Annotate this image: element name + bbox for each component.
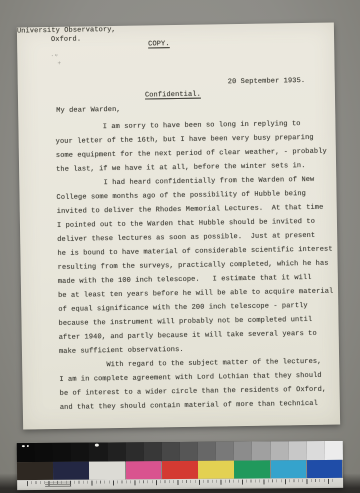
grayscale-step (107, 442, 125, 461)
color-patch-cyan (270, 460, 306, 478)
color-patch-magenta (126, 461, 162, 479)
grayscale-step (53, 443, 71, 462)
letter-body: I am sorry to have been so long in reply… (55, 117, 335, 415)
grayscale-step (162, 442, 180, 461)
grayscale-step (125, 442, 143, 461)
grayscale-step (216, 442, 234, 461)
archival-scan-photo: COPY. University Observatory, Oxford. 20… (0, 0, 360, 493)
grayscale-step (71, 443, 89, 462)
grayscale-strip (17, 441, 343, 462)
dust-speck (95, 444, 99, 447)
grayscale-step (252, 441, 270, 460)
dust-speck (27, 445, 29, 447)
grayscale-step (180, 442, 198, 461)
salutation: My dear Warden, (56, 106, 121, 115)
ruler-fine-print (45, 482, 71, 487)
letter-paragraph: With regard to the subject matter of the… (59, 355, 335, 415)
letter-paragraph: I had heard confidentially from the Ward… (56, 173, 334, 359)
sender-address: University Observatory, Oxford. (17, 26, 115, 46)
color-patch-green (234, 460, 270, 478)
pencil-mark: + (57, 60, 61, 67)
grayscale-step (144, 442, 162, 461)
grayscale-step (288, 441, 306, 460)
grayscale-step (234, 441, 252, 460)
sender-address-line: Oxford. (17, 35, 115, 46)
grayscale-step (307, 441, 325, 460)
letter-page: COPY. University Observatory, Oxford. 20… (17, 23, 340, 430)
color-patch-yellow (198, 461, 234, 479)
dust-speck (22, 445, 25, 447)
grayscale-step (325, 441, 343, 460)
color-patch-black-brown (17, 462, 53, 480)
color-patch-strip (17, 460, 343, 480)
color-patch-white (89, 461, 125, 479)
grayscale-step (35, 443, 53, 462)
grayscale-step (198, 442, 216, 461)
color-patch-blue (307, 460, 343, 478)
copy-heading: COPY. (148, 40, 170, 48)
ruler-strip (17, 478, 343, 490)
grayscale-step (270, 441, 288, 460)
letter-date: 20 September 1935. (228, 77, 306, 86)
letter-paragraph: I am sorry to have been so long in reply… (55, 117, 331, 177)
color-patch-navy-blue (53, 462, 89, 480)
color-patch-red (162, 461, 198, 479)
calibration-bar (17, 441, 343, 490)
ruler-centimeter-ticks (27, 479, 333, 486)
confidential-heading: Confidential. (145, 91, 201, 100)
